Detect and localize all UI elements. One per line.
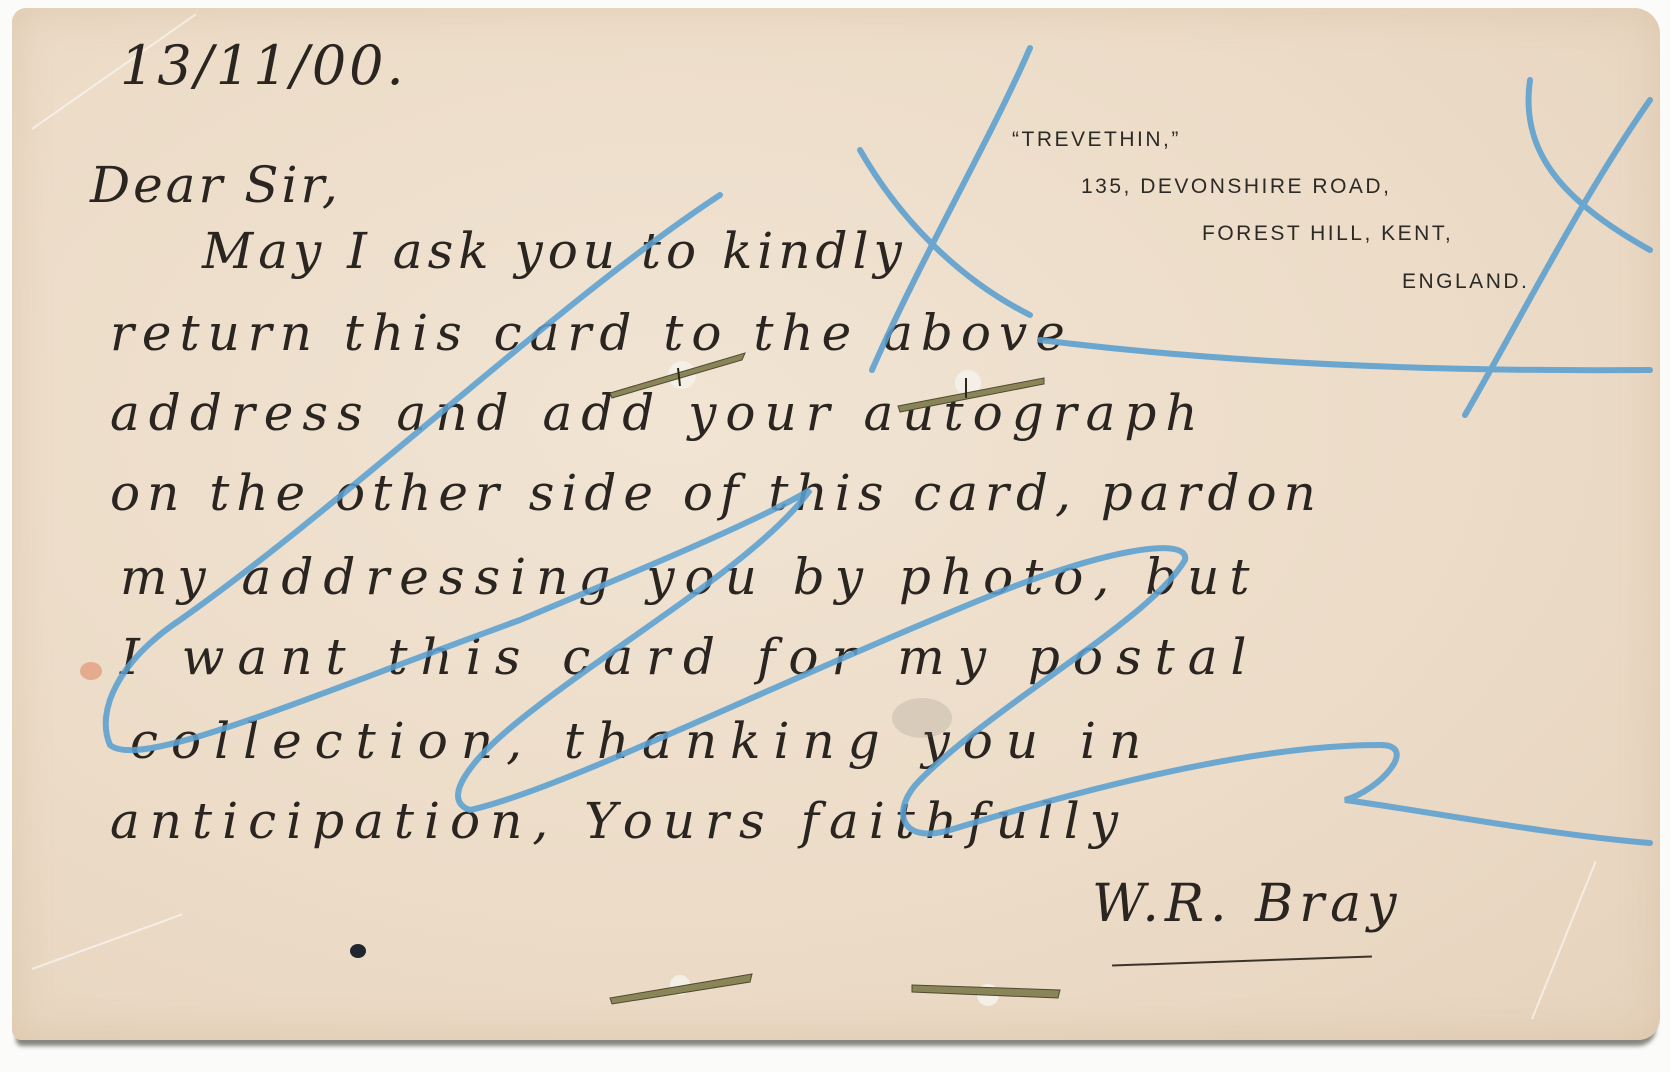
letter-line: address and add your autograph — [110, 384, 1207, 442]
paper-crease — [32, 913, 183, 970]
letter-line: May I ask you to kindly — [202, 222, 907, 280]
letter-line: on the other side of this card, pardon — [110, 464, 1323, 522]
postcard: 13/11/00. “TREVETHIN,” 135, DEVONSHIRE R… — [12, 8, 1660, 1040]
paper-crease — [1531, 861, 1597, 1019]
letter-line: my addressing you by photo, but — [120, 548, 1259, 606]
letterhead-town: FOREST HILL, KENT, — [1202, 222, 1453, 246]
date: 13/11/00. — [120, 34, 407, 97]
letter-line: collection, thanking you in — [130, 712, 1154, 770]
salutation: Dear Sir, — [90, 156, 341, 214]
signature-underline — [1112, 955, 1372, 966]
smudge — [892, 698, 952, 738]
letterhead-country: ENGLAND. — [1402, 270, 1529, 294]
letterhead-house-name: “TREVETHIN,” — [1012, 128, 1181, 152]
letter-line: return this card to the above — [110, 304, 1073, 362]
letter-line: I want this card for my postal — [120, 628, 1260, 686]
letterhead-street: 135, DEVONSHIRE ROAD, — [1081, 175, 1391, 199]
ink-blot — [350, 944, 366, 958]
signature: W.R. Bray — [1092, 874, 1403, 934]
letter-line: anticipation, Yours faithfully — [110, 792, 1128, 850]
rust-stain — [80, 662, 102, 680]
